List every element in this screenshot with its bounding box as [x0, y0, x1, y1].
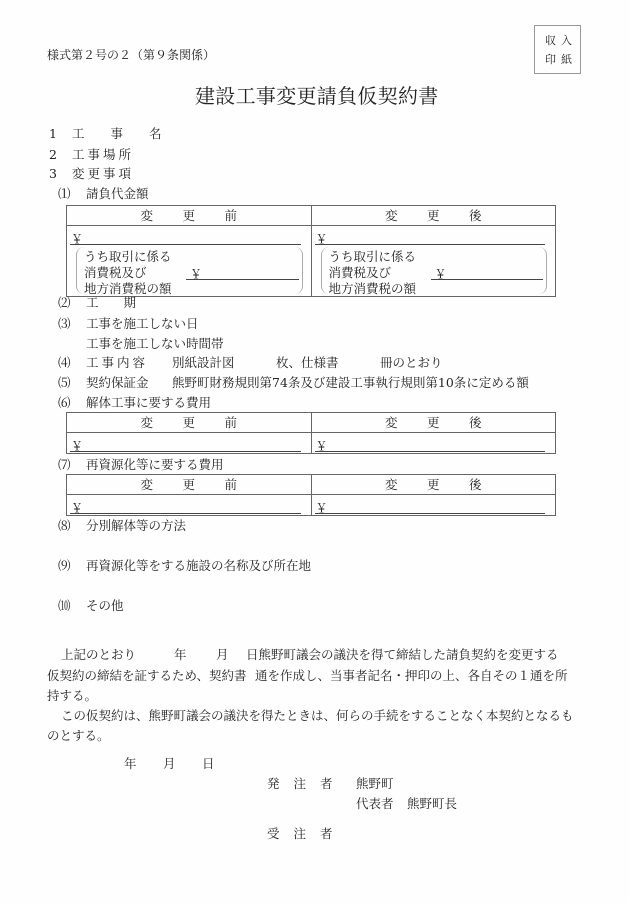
contract-amount-table: 変更前 変更後 ￥ うち取引に係る 消費税及び 地方消費税の額 ￥ ￥ うち取引…: [66, 205, 556, 297]
amount-after-cell: ￥ うち取引に係る 消費税及び 地方消費税の額 ￥: [311, 226, 556, 297]
sub-item-number: ⑸: [58, 377, 71, 390]
demolition-before-field[interactable]: [70, 451, 301, 452]
header-before: 変更前: [67, 206, 312, 226]
item-label-project-name: 工 事 名: [72, 128, 172, 141]
date-month: 月: [163, 758, 176, 771]
item-label-location: 工事場所: [72, 149, 134, 162]
sub-item-non-work-hours: 工事を施工しない時間帯: [86, 338, 224, 351]
recycling-before-field[interactable]: [70, 513, 301, 514]
body-p1-line3: 持する。: [47, 690, 97, 703]
amount-after-field[interactable]: [315, 244, 546, 245]
representative-name: 熊野町長: [407, 798, 457, 811]
stamp-char: 入: [561, 35, 572, 46]
sub-item-number: ⑹: [58, 397, 71, 410]
stamp-char: 収: [545, 35, 556, 46]
sub-item-number: ⑶: [58, 318, 71, 331]
tax-bracket: うち取引に係る 消費税及び 地方消費税の額 ￥: [321, 247, 548, 294]
stamp-char: 紙: [561, 54, 572, 65]
tax-bracket: うち取引に係る 消費税及び 地方消費税の額 ￥: [76, 247, 303, 294]
item-number: 3: [49, 168, 57, 181]
tax-before-field[interactable]: [186, 279, 299, 280]
body-p1-rest: 日熊野町議会の議決を得て締結した請負契約を変更する: [246, 649, 559, 662]
sub-item-work-content: 工事内容: [86, 357, 148, 370]
sub-item-number: ⑺: [58, 459, 71, 472]
as-stated-text: 冊のとおり: [380, 357, 443, 370]
date-year: 年: [124, 758, 137, 771]
representative-label: 代表者: [356, 798, 394, 811]
demolition-cost-table: 変更前 変更後 ￥ ￥: [66, 412, 556, 454]
demolition-after-field[interactable]: [315, 451, 546, 452]
orderer-name: 熊野町: [356, 778, 394, 791]
sub-item-recycling-cost: 再資源化等に要する費用: [86, 459, 224, 472]
amount-before-field[interactable]: [70, 244, 301, 245]
demolition-after-cell: ￥: [311, 433, 556, 454]
recycling-before-cell: ￥: [67, 495, 312, 516]
sub-item-number: ⑼: [58, 560, 71, 573]
body-p1-year: 年: [174, 649, 187, 662]
item-number: 1: [49, 128, 57, 141]
date-day: 日: [202, 758, 215, 771]
amount-before-cell: ￥ うち取引に係る 消費税及び 地方消費税の額 ￥: [67, 226, 312, 297]
sub-item-number: ⑷: [58, 357, 71, 370]
tax-after-field[interactable]: [431, 279, 544, 280]
item-number: 2: [49, 149, 57, 162]
design-drawings-text: 別紙設計図: [172, 357, 235, 370]
recycling-cost-table: 変更前 変更後 ￥ ￥: [66, 474, 556, 516]
body-p2-line2: のとする。: [47, 730, 110, 743]
sub-item-period: 工 期: [86, 297, 136, 310]
contractor-label: 受 注 者: [267, 828, 337, 841]
demolition-before-cell: ￥: [67, 433, 312, 454]
item-label-changes: 変更事項: [72, 168, 134, 181]
header-after: 変更後: [311, 475, 556, 495]
sub-item-demolition-cost: 解体工事に要する費用: [86, 397, 211, 410]
document-title: 建設工事変更請負仮契約書: [195, 86, 439, 106]
sub-item-contract-amount: 請負代金額: [86, 188, 149, 201]
specifications-text: 枚、仕様書: [276, 357, 339, 370]
body-p1-month: 月: [216, 649, 229, 662]
sub-item-number: ⑻: [58, 520, 71, 533]
sub-item-other: その他: [86, 600, 124, 613]
recycling-after-cell: ￥: [311, 495, 556, 516]
header-before: 変更前: [67, 475, 312, 495]
stamp-char: 印: [545, 54, 556, 65]
sub-item-recycling-facility: 再資源化等をする施設の名称及び所在地: [86, 560, 311, 573]
body-p1-line2a: 仮契約の締結を証するため、契約書: [47, 670, 247, 683]
sub-item-non-work-days: 工事を施工しない日: [86, 318, 199, 331]
sub-item-number: ⑴: [58, 188, 71, 201]
sub-item-number: ⑵: [58, 297, 71, 310]
guarantee-text: 熊野町財務規則第74条及び建設工事執行規則第10条に定める額: [172, 377, 529, 390]
sub-item-guarantee: 契約保証金: [86, 377, 149, 390]
header-after: 変更後: [311, 206, 556, 226]
header-after: 変更後: [311, 413, 556, 433]
recycling-after-field[interactable]: [315, 513, 546, 514]
revenue-stamp-box: 収 入 印 紙: [534, 25, 581, 74]
form-number: 様式第２号の２（第９条関係）: [47, 49, 215, 61]
body-p1-start: 上記のとおり: [61, 649, 136, 662]
sub-item-separation-method: 分別解体等の方法: [86, 520, 186, 533]
header-before: 変更前: [67, 413, 312, 433]
sub-item-number: ⑽: [58, 600, 71, 613]
body-p2-line1: この仮契約は、熊野町議会の議決を得たときは、何らの手続をすることなく本契約となる…: [61, 710, 574, 723]
body-p1-line2b: 通を作成し、当事者記名・押印の上、各自その１通を所: [255, 670, 568, 683]
orderer-label: 発 注 者: [267, 778, 337, 791]
